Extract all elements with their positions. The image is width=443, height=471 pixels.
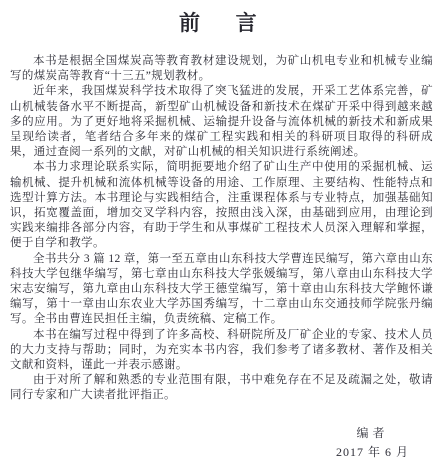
- paragraph-authors: 全书共分 3 篇 12 章，第一至五章由山东科技大学曹连民编写，第六章由山东科技…: [10, 252, 433, 328]
- page-title: 前 言: [10, 7, 433, 37]
- paragraph-background: 近年来，我国煤炭科学技术取得了突飞猛进的发展，开采工艺体系完善，矿山机械装备水平…: [10, 84, 433, 160]
- paragraph-approach: 本书力求理论联系实际，简明扼要地介绍了矿山生产中使用的采掘机械、运输机械、提升机…: [10, 160, 433, 251]
- signature-date: 2017 年 6 月: [336, 442, 409, 462]
- signature-block: 编者 2017 年 6 月: [10, 424, 433, 462]
- signature-inner: 编者 2017 年 6 月: [336, 424, 409, 462]
- paragraph-apology: 由于对所了解和熟悉的专业范围有限，书中难免存在不足及疏漏之处，敬请同行专家和广大…: [10, 373, 433, 403]
- paragraph-acknowledgement: 本书在编写过程中得到了许多高校、科研院所及厂矿企业的专家、技术人员的大力支持与帮…: [10, 328, 433, 374]
- preface-page: 前 言 本书是根据全国煤炭高等教育教材建设规划，为矿山机电专业和机械专业编写的煤…: [0, 0, 443, 471]
- signature-author: 编者: [336, 424, 409, 442]
- paragraph-intro: 本书是根据全国煤炭高等教育教材建设规划，为矿山机电专业和机械专业编写的煤炭高等教…: [10, 54, 433, 84]
- preface-body: 本书是根据全国煤炭高等教育教材建设规划，为矿山机电专业和机械专业编写的煤炭高等教…: [10, 54, 433, 404]
